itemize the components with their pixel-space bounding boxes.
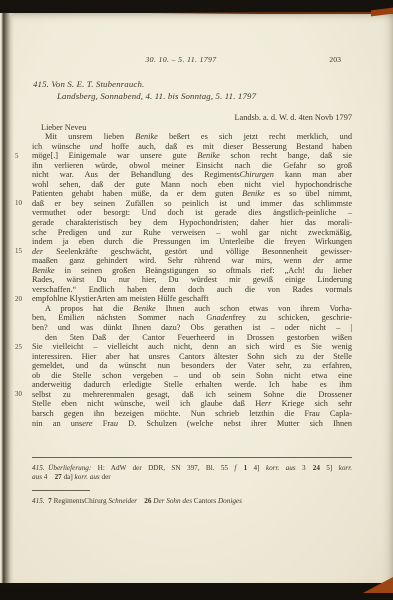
letter-line-text: ben, Emilien nächsten Sommer nach Gnaden… (32, 313, 352, 322)
commentary-block: 415. 7 RegimentsChirurg Schneider 26 Der… (32, 497, 352, 506)
letter-line-text: Landsb. a. d. W. d. 4ten Novb 1797 (234, 113, 352, 122)
letter-line: ob die Stelle schon vergeben – und ob se… (32, 371, 352, 381)
letter-line: 30selbst zu mehrerenmalen gesagt, daß ic… (32, 390, 352, 400)
letter-heading-line1: 415. Von S. E. T. Stubenrauch. (33, 79, 256, 91)
letter-line-text: Rades, wärst Du nur hier, Du würdest mir… (32, 275, 352, 284)
letter-line-text: sche Predigen und zur Ruhe verweisen – w… (32, 228, 352, 237)
letter-heading: 415. Von S. E. T. Stubenrauch. Landsberg… (33, 79, 256, 102)
letter-line: Mit unsrem lieben Benike beßert es sich … (32, 132, 352, 142)
letter-heading-line2: Landsberg, Sonnabend, 4. 11. bis Sonntag… (33, 91, 256, 103)
margin-line-number: 15 (15, 247, 22, 257)
letter-line-text: nin an unsere Frau D. Schulzen (welche n… (32, 419, 352, 428)
letter-line-text: der Seelenkräfte geschwächt, gestört und… (32, 247, 352, 256)
letter-body: Landsb. a. d. W. d. 4ten Novb 1797Lieber… (32, 113, 352, 428)
letter-line-text: Sie vielleicht – vielleicht auch nicht, … (32, 342, 352, 351)
letter-line: indem ja eben durch die Pressungen im Un… (32, 237, 352, 247)
letter-line: 25Sie vielleicht – vielleicht auch nicht… (32, 342, 352, 352)
apparatus-block: 415. Überlieferung: H: AdW der DDR, SN 3… (32, 464, 352, 483)
letter-line: ich wünsche und hoffe auch, daß es mit d… (32, 142, 352, 152)
letter-line-text: gemeldet, und da wünscht nun besonders d… (32, 361, 352, 370)
letter-line-text: selbst zu mehrerenmalen gesagt, daß ich … (32, 390, 352, 399)
letter-line: gerade charakteristisch bey dem Hypochon… (32, 218, 352, 228)
letter-line: anderweitig dadurch erledigte Stelle erh… (32, 380, 352, 390)
letter-line-text: daß er bey seinen Zufällen so peinlich i… (32, 199, 352, 208)
letter-line-text: anderweitig dadurch erledigte Stelle erh… (32, 380, 352, 389)
letter-line: nin an unsere Frau D. Schulzen (welche n… (32, 419, 352, 429)
letter-line-text: möge[.] Einigemale war unsere gute Benik… (32, 151, 352, 160)
apparatus-line-text: aus 4 27 da] korr. aus der (32, 473, 111, 481)
letter-line: Stelle eben nicht wünsche, weil ich glau… (32, 399, 352, 409)
commentary-line: 415. 7 RegimentsChirurg Schneider 26 Der… (32, 497, 352, 506)
margin-line-number: 10 (15, 199, 22, 209)
commentary-line-text: 415. 7 RegimentsChirurg Schneider 26 Der… (32, 497, 242, 505)
letter-line-text: ihn verlieren würde, obwol meiner Einsic… (32, 161, 352, 170)
book-spine-edge-line (148, 12, 393, 14)
letter-line: ben, Emilien nächsten Sommer nach Gnaden… (32, 313, 352, 323)
scanned-book-page-photo: 30. 10. – 5. 11. 1797 203 415. Von S. E.… (0, 0, 393, 600)
letter-line-text: ich wünsche und hoffe auch, daß es mit d… (32, 142, 352, 151)
letter-line-text: interessiren. Hier aber hat unsres Canto… (32, 352, 352, 361)
apparatus-line: aus 4 27 da] korr. aus der (32, 473, 352, 482)
letter-line-text: Benike in seinen großen Beängstigungen s… (32, 266, 352, 275)
scan-background-bottom (0, 583, 393, 600)
letter-line-text: Patienten gehabt haben müße, da er dem g… (32, 189, 352, 198)
letter-line-text: indem ja eben durch die Pressungen im Un… (32, 237, 352, 246)
margin-line-number: 25 (15, 343, 22, 353)
letter-line: Benike in seinen großen Beängstigungen s… (32, 266, 352, 276)
margin-line-number: 5 (15, 152, 19, 162)
letter-line-text: Stelle eben nicht wünsche, weil ich glau… (32, 399, 352, 408)
apparatus-line: 415. Überlieferung: H: AdW der DDR, SN 3… (32, 464, 352, 473)
letter-line: nicht war. Aus der Behandlung des Regime… (32, 170, 352, 180)
running-head: 30. 10. – 5. 11. 1797 (32, 55, 330, 64)
letter-line: A propos hat die Benike Ihnen auch schon… (32, 304, 352, 314)
margin-line-number: 20 (15, 295, 22, 305)
letter-line: interessiren. Hier aber hat unsres Canto… (32, 352, 352, 362)
letter-line: maaßen ganz gehindert wird. Sehr rührend… (32, 256, 352, 266)
letter-line: Landsb. a. d. W. d. 4ten Novb 1797 (32, 113, 352, 123)
letter-line-text: ben? und was dünkt Ihnen dazu? Obs gerat… (32, 323, 352, 332)
running-head-row: 30. 10. – 5. 11. 1797 203 (32, 55, 352, 66)
letter-line: Rades, wärst Du nur hier, Du würdest mir… (32, 275, 352, 285)
letter-line-text: A propos hat die Benike Ihnen auch schon… (45, 304, 352, 313)
letter-line: sche Predigen und zur Ruhe verweisen – w… (32, 228, 352, 238)
letter-line-text: maaßen ganz gehindert wird. Sehr rührend… (32, 256, 352, 265)
letter-line: 10daß er bey seinen Zufällen so peinlich… (32, 199, 352, 209)
letter-line-text: ob die Stelle schon vergeben – und ob se… (32, 371, 352, 380)
letter-line: 20empfohlne KlystierArten am meisten Hül… (32, 294, 352, 304)
commentary-divider-rule (32, 490, 90, 491)
page-gutter-shadow (0, 13, 14, 583)
letter-line-text: vermuthet oder besorgt: Und doch ist ger… (32, 208, 352, 217)
letter-line-text: verschaffen.“ Endlich haben denn doch au… (32, 285, 352, 294)
letter-line: ihn verlieren würde, obwol meiner Einsic… (32, 161, 352, 171)
letter-line-text: Lieber Neveu (41, 123, 86, 132)
letter-line-text: den 5ten Daß der Cantor Feuerheerd in Dr… (45, 333, 352, 342)
letter-line-text: empfohlne KlystierArten am meisten Hülfe… (32, 294, 209, 303)
letter-line-text: barsch gegen ihn bezeigen möchte. Nun sc… (32, 409, 352, 418)
letter-line: Lieber Neveu (32, 123, 352, 133)
book-page: 30. 10. – 5. 11. 1797 203 415. Von S. E.… (0, 13, 393, 583)
letter-line: 5möge[.] Einigemale war unsere gute Beni… (32, 151, 352, 161)
letter-line: 15der Seelenkräfte geschwächt, gestört u… (32, 247, 352, 257)
page-number: 203 (329, 55, 341, 64)
letter-line: gemeldet, und da wünscht nun besonders d… (32, 361, 352, 371)
apparatus-divider-rule (32, 457, 352, 458)
margin-line-number: 30 (15, 390, 22, 400)
letter-line: verschaffen.“ Endlich haben denn doch au… (32, 285, 352, 295)
letter-line-text: Mit unsrem lieben Benike beßert es sich … (45, 132, 352, 141)
text-column: 30. 10. – 5. 11. 1797 203 415. Von S. E.… (32, 13, 352, 583)
apparatus-line-text: 415. Überlieferung: H: AdW der DDR, SN 3… (32, 464, 352, 472)
letter-line: barsch gegen ihn bezeigen möchte. Nun sc… (32, 409, 352, 419)
letter-line: ben? und was dünkt Ihnen dazu? Obs gerat… (32, 323, 352, 333)
letter-line: Patienten gehabt haben müße, da er dem g… (32, 189, 352, 199)
letter-line-text: wohl sehen, daß der gute Mann noch eben … (32, 180, 352, 189)
letter-line: wohl sehen, daß der gute Mann noch eben … (32, 180, 352, 190)
letter-line-text: nicht war. Aus der Behandlung des Regime… (32, 170, 352, 179)
letter-line: den 5ten Daß der Cantor Feuerheerd in Dr… (32, 333, 352, 343)
letter-line: vermuthet oder besorgt: Und doch ist ger… (32, 208, 352, 218)
letter-line-text: gerade charakteristisch bey dem Hypochon… (32, 218, 352, 227)
